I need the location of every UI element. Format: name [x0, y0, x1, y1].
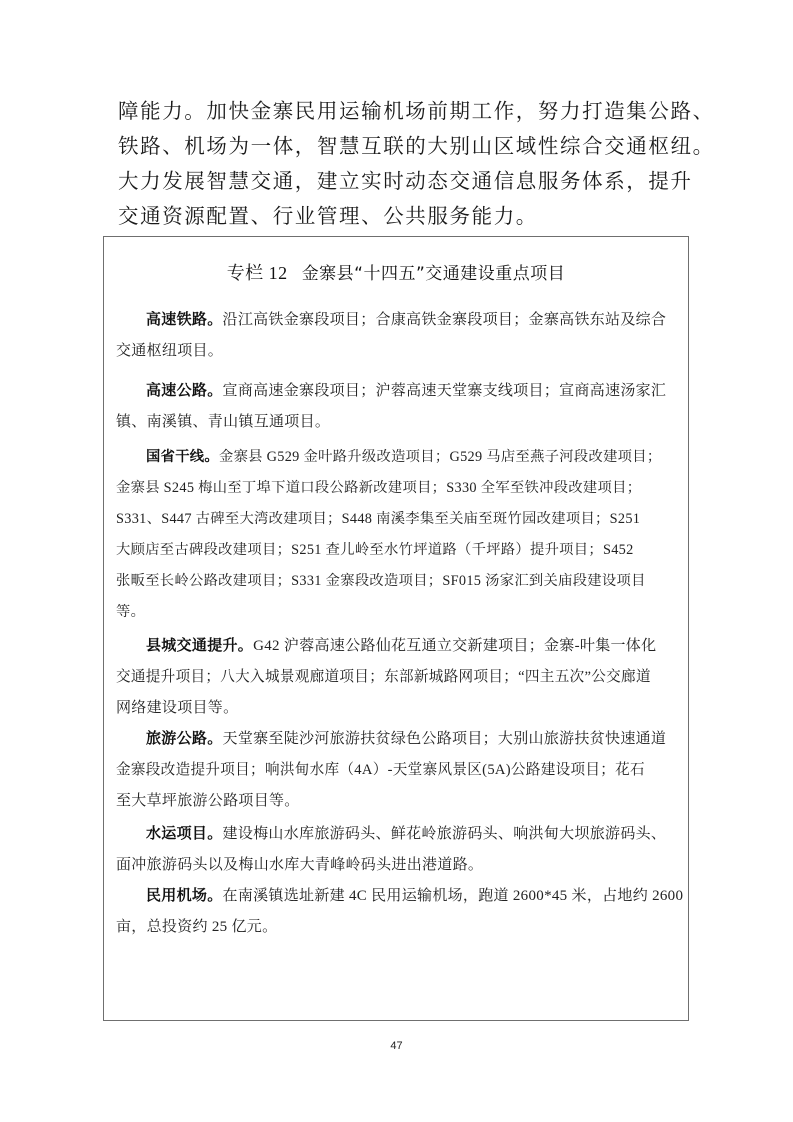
section-heading: 高速铁路。: [146, 312, 223, 328]
section-county-traffic: 县城交通提升。G42 沪蓉高速公路仙花互通立交新建项目；金寨-叶集一体化 交通提…: [116, 631, 678, 724]
section-water-transport: 水运项目。建设梅山水库旅游码头、鲜花岭旅游码头、响洪甸大坝旅游码头、 面冲旅游码…: [116, 819, 678, 881]
section-text: 张畈至长岭公路改建项目；S331 金寨段改造项目；SF015 汤家汇到关庙段建设…: [116, 566, 678, 597]
intro-line: 交通资源配置、行业管理、公共服务能力。: [118, 199, 690, 234]
section-text: 网络建设项目等。: [116, 693, 678, 724]
section-civil-airport: 民用机场。在南溪镇选址新建 4C 民用运输机场，跑道 2600*45 米，占地约…: [116, 881, 678, 943]
section-text: 在南溪镇选址新建 4C 民用运输机场，跑道 2600*45 米，占地约 2600: [223, 888, 684, 904]
section-heading: 旅游公路。: [146, 731, 223, 747]
column-title: 金寨县“十四五”交通建设重点项目: [302, 264, 566, 284]
section-text: 金寨县 S245 梅山至丁埠下道口段公路新改建项目；S330 全军至铁冲段改建项…: [116, 473, 678, 504]
section-text: 沿江高铁金寨段项目；合康高铁金寨段项目；金寨高铁东站及综合: [223, 312, 667, 328]
intro-line: 大力发展智慧交通，建立实时动态交通信息服务体系，提升: [118, 164, 690, 199]
section-text: 等。: [116, 597, 678, 628]
section-text: 金寨县 G529 金叶路升级改造项目；G529 马店至燕子河段改建项目；: [219, 449, 661, 465]
page-number: 47: [0, 1040, 793, 1052]
section-text: S331、S447 古碑至大湾改建项目；S448 南溪李集至关庙至斑竹园改建项目…: [116, 504, 678, 535]
section-heading: 国省干线。: [146, 449, 219, 465]
section-tourism-roads: 旅游公路。天堂寨至陡沙河旅游扶贫绿色公路项目；大别山旅游扶贫快速通道 金寨段改造…: [116, 724, 678, 817]
section-text: 亩，总投资约 25 亿元。: [116, 912, 678, 943]
intro-paragraph: 障能力。加快金寨民用运输机场前期工作，努力打造集公路、 铁路、机场为一体，智慧互…: [118, 94, 690, 234]
section-text: 面冲旅游码头以及梅山水库大青峰岭码头进出港道路。: [116, 850, 678, 881]
section-text: 镇、南溪镇、青山镇互通项目。: [116, 407, 678, 438]
section-text: 天堂寨至陡沙河旅游扶贫绿色公路项目；大别山旅游扶贫快速通道: [223, 731, 667, 747]
section-heading: 县城交通提升。: [146, 638, 253, 654]
section-heading: 高速公路。: [146, 383, 223, 399]
section-text: 至大草坪旅游公路项目等。: [116, 786, 678, 817]
section-text: 大顾店至古碑段改建项目；S251 查儿岭至水竹坪道路（千坪路）提升项目；S452: [116, 535, 678, 566]
section-heading: 民用机场。: [146, 888, 223, 904]
column-number: 专栏 12: [227, 263, 288, 283]
section-text: 建设梅山水库旅游码头、鲜花岭旅游码头、响洪甸大坝旅游码头、: [223, 826, 667, 842]
section-text: G42 沪蓉高速公路仙花互通立交新建项目；金寨-叶集一体化: [253, 638, 656, 654]
section-text: 交通枢纽项目。: [116, 336, 678, 367]
section-expressway: 高速公路。宣商高速金寨段项目；沪蓉高速天堂寨支线项目；宣商高速汤家汇 镇、南溪镇…: [116, 376, 678, 438]
intro-line: 障能力。加快金寨民用运输机场前期工作，努力打造集公路、: [118, 94, 690, 129]
box-title: 专栏 12金寨县“十四五”交通建设重点项目: [104, 259, 688, 285]
document-page: 障能力。加快金寨民用运输机场前期工作，努力打造集公路、 铁路、机场为一体，智慧互…: [0, 0, 793, 1122]
section-heading: 水运项目。: [146, 826, 223, 842]
project-column-box: 专栏 12金寨县“十四五”交通建设重点项目 高速铁路。沿江高铁金寨段项目；合康高…: [103, 236, 689, 1021]
section-text: 宣商高速金寨段项目；沪蓉高速天堂寨支线项目；宣商高速汤家汇: [223, 383, 667, 399]
section-text: 交通提升项目；八大入城景观廊道项目；东部新城路网项目；“四主五次”公交廊道: [116, 662, 678, 693]
section-trunk-roads: 国省干线。金寨县 G529 金叶路升级改造项目；G529 马店至燕子河段改建项目…: [116, 442, 678, 628]
section-text: 金寨段改造提升项目；响洪甸水库（4A）-天堂寨风景区(5A)公路建设项目；花石: [116, 755, 678, 786]
intro-line: 铁路、机场为一体，智慧互联的大别山区域性综合交通枢纽。: [118, 129, 690, 164]
section-high-speed-rail: 高速铁路。沿江高铁金寨段项目；合康高铁金寨段项目；金寨高铁东站及综合 交通枢纽项…: [116, 305, 678, 367]
